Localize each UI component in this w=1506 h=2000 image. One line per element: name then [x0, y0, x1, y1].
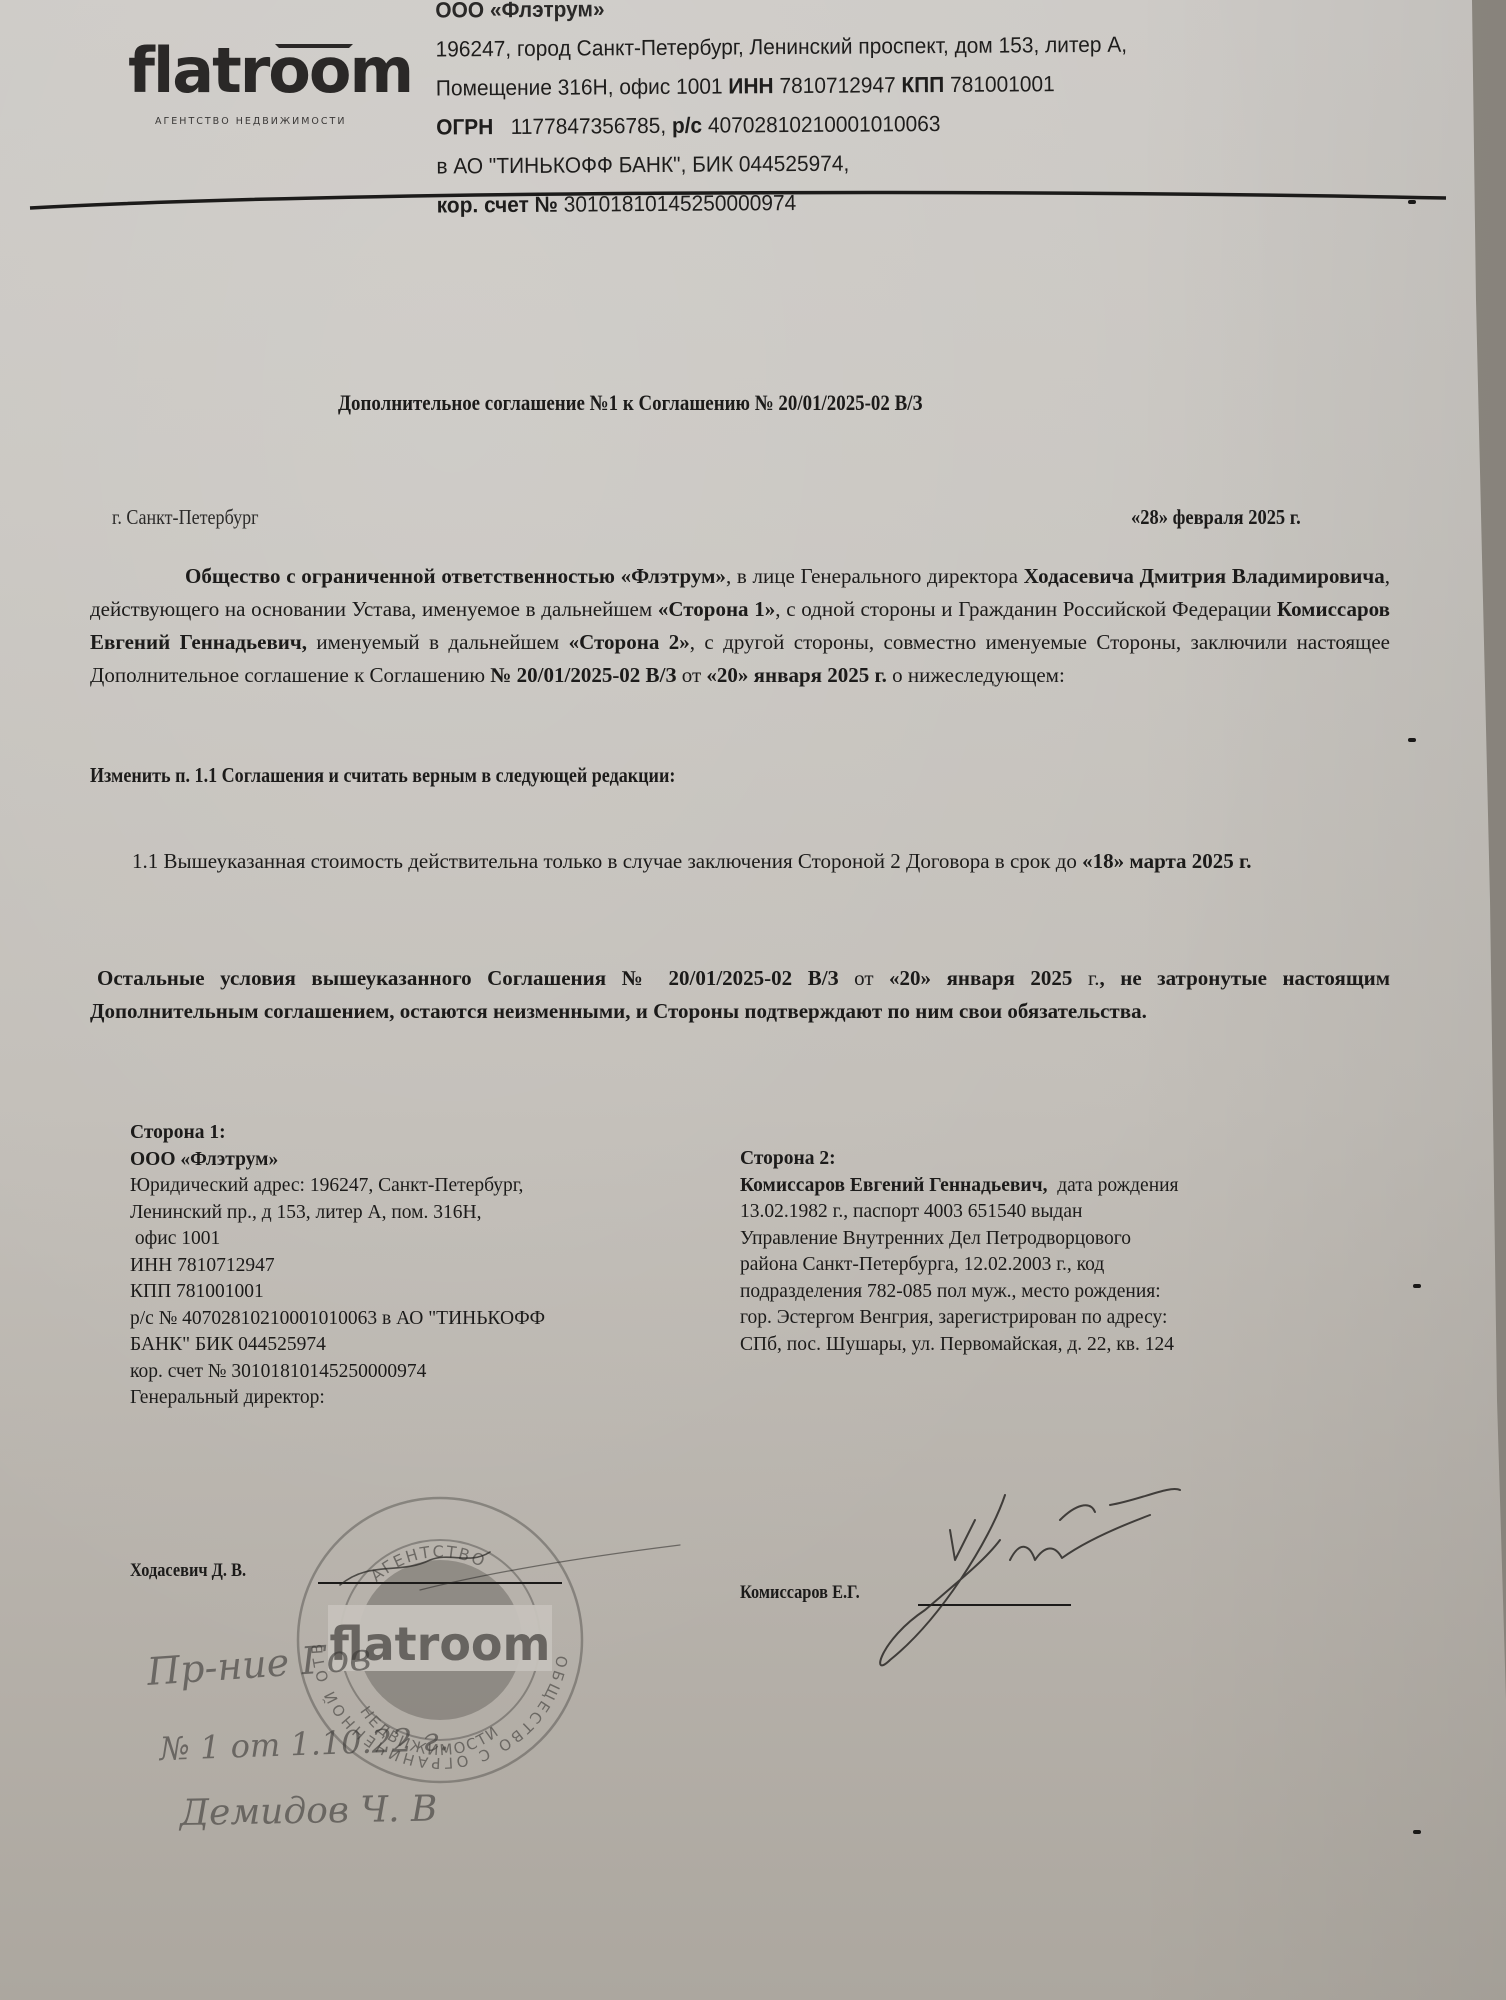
party-1-signature: [340, 1552, 490, 1585]
handwritten-note-line2: № 1 от 1.10.22 г.: [157, 1720, 450, 1768]
handwritten-note-line3: Демидов Ч. В: [177, 1789, 437, 1835]
handwritten-note-line1: Пр-ние Гов: [145, 1634, 373, 1694]
handwriting-layer: Пр-ние Гов № 1 от 1.10.22 г. Демидов Ч. …: [0, 0, 1506, 2000]
party-2-signature: [880, 1489, 1180, 1665]
